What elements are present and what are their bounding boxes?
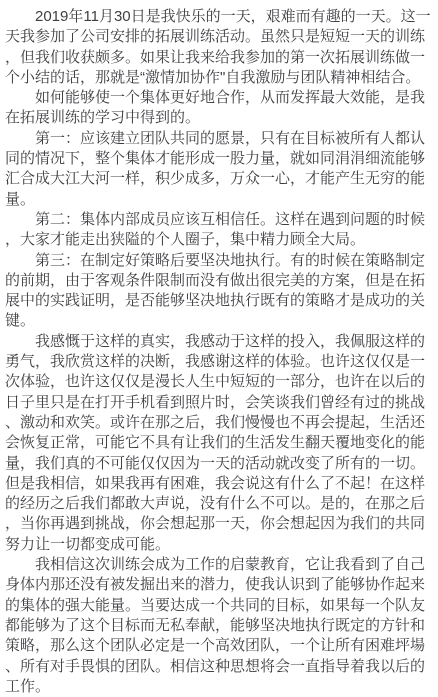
paragraph-point-one: 第一：应该建立团队共同的愿景，只有在目标被所有人都认同的情况下，整个集体才能形成… [5,129,434,210]
paragraph-intro: 2019年11月30日是我快乐的一天，艰难而有趣的一天。这一天我参加了公司安排的… [5,7,434,88]
paragraph-point-three: 第三：在制定好策略后要坚决地执行。有的时候在策略制定的前期，由于客观条件限制而没… [5,251,434,332]
document-text-area: 2019年11月30日是我快乐的一天，艰难而有趣的一天。这一天我参加了公司安排的… [0,0,438,697]
paragraph-lead-in: 如何能够使一个集体更好地合作，从而发挥最大效能，是我在拓展训练的学习中得到的。 [5,88,434,129]
paragraph-point-two: 第二：集体内部成员应该互相信任。这样在遇到问题的时候，大家才能走出狭隘的个人圈子… [5,210,434,251]
paragraph-reflection: 我感慨于这样的真实，我感动于这样的投入，我佩服这样的勇气，我欣赏这样的决断，我感… [5,332,434,555]
document-page: 2019年11月30日是我快乐的一天，艰难而有趣的一天。这一天我参加了公司安排的… [0,0,438,697]
paragraph-conclusion: 我相信这次训练会成为工作的启蒙教育，它让我看到了自己身体内那还没有被发掘出来的潜… [5,555,434,697]
